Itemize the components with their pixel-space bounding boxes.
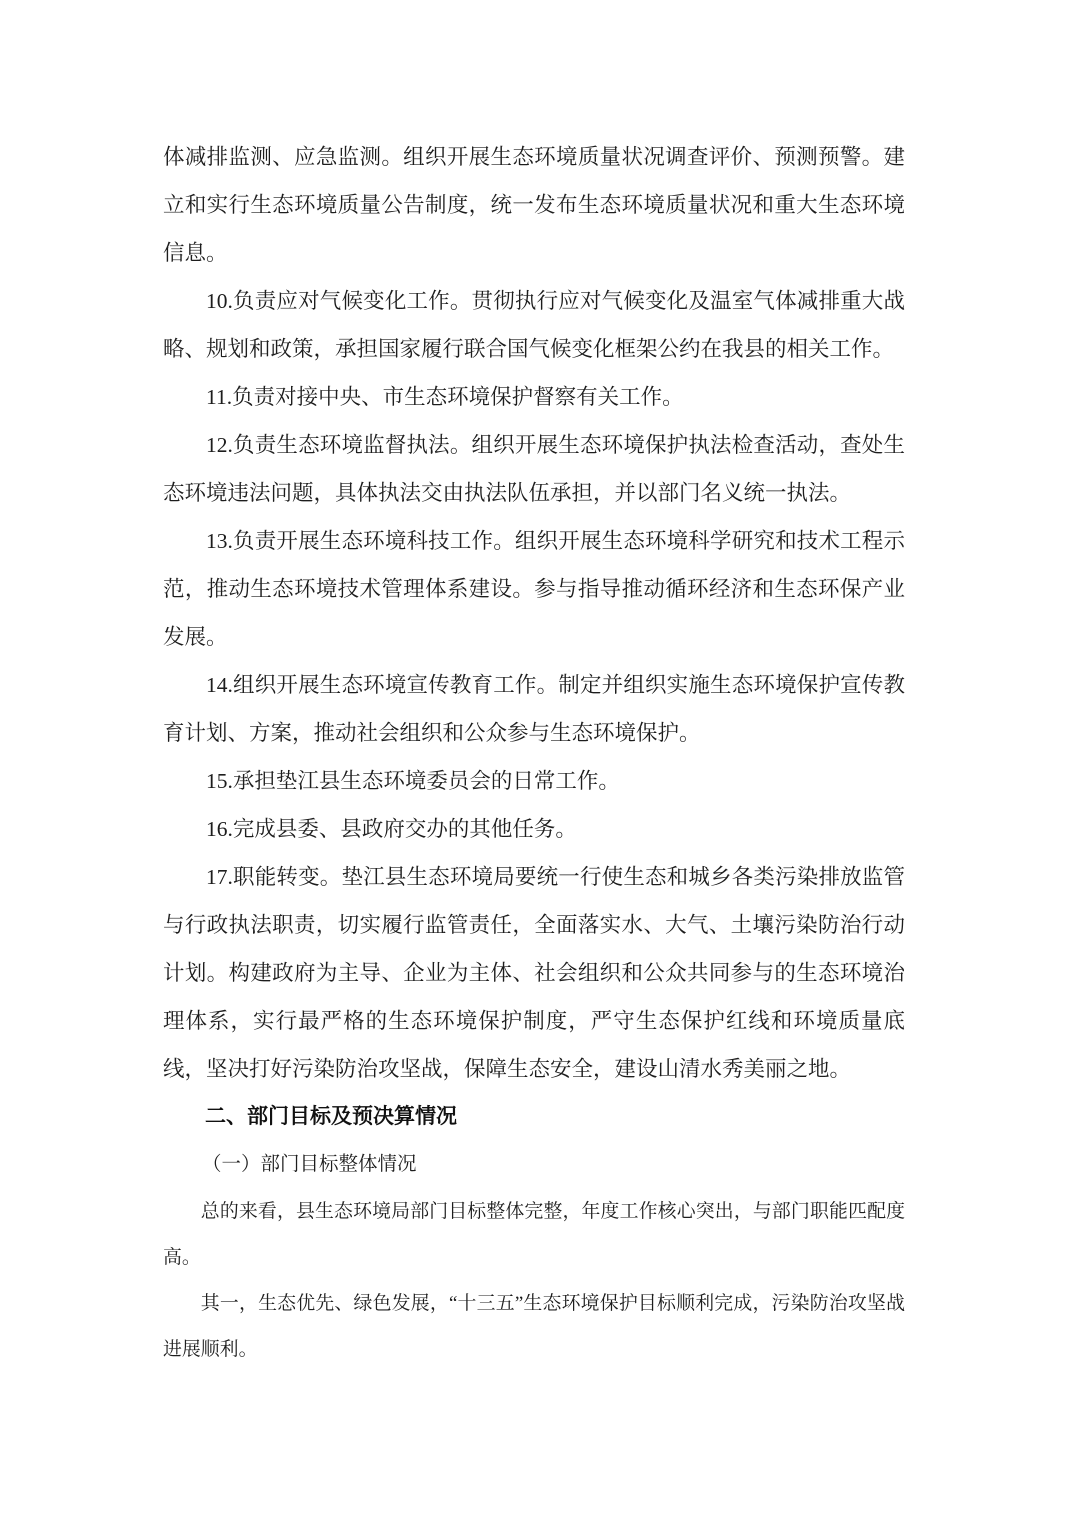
paragraph: 11.负责对接中央、市生态环境保护督察有关工作。 — [163, 373, 905, 421]
document-content: 体减排监测、应急监测。组织开展生态环境质量状况调查评价、预测预警。建立和实行生态… — [163, 133, 905, 1373]
paragraph: 总的来看，县生态环境局部门目标整体完整，年度工作核心突出，与部门职能匹配度高。 — [163, 1189, 905, 1281]
subsection-heading: （一）部门目标整体情况 — [163, 1141, 905, 1189]
paragraph: 14.组织开展生态环境宣传教育工作。制定并组织实施生态环境保护宣传教育计划、方案… — [163, 661, 905, 757]
paragraph: 16.完成县委、县政府交办的其他任务。 — [163, 805, 905, 853]
document-page: 体减排监测、应急监测。组织开展生态环境质量状况调查评价、预测预警。建立和实行生态… — [0, 0, 1075, 1521]
paragraph: 10.负责应对气候变化工作。贯彻执行应对气候变化及温室气体减排重大战略、规划和政… — [163, 277, 905, 373]
paragraph: 13.负责开展生态环境科技工作。组织开展生态环境科学研究和技术工程示范，推动生态… — [163, 517, 905, 661]
paragraph: 体减排监测、应急监测。组织开展生态环境质量状况调查评价、预测预警。建立和实行生态… — [163, 133, 905, 277]
paragraph: 12.负责生态环境监督执法。组织开展生态环境保护执法检查活动，查处生态环境违法问… — [163, 421, 905, 517]
paragraph: 15.承担垫江县生态环境委员会的日常工作。 — [163, 757, 905, 805]
paragraph: 其一，生态优先、绿色发展，“十三五”生态环境保护目标顺利完成，污染防治攻坚战进展… — [163, 1281, 905, 1373]
paragraph: 17.职能转变。垫江县生态环境局要统一行使生态和城乡各类污染排放监管与行政执法职… — [163, 853, 905, 1093]
section-heading: 二、部门目标及预决算情况 — [163, 1093, 905, 1141]
